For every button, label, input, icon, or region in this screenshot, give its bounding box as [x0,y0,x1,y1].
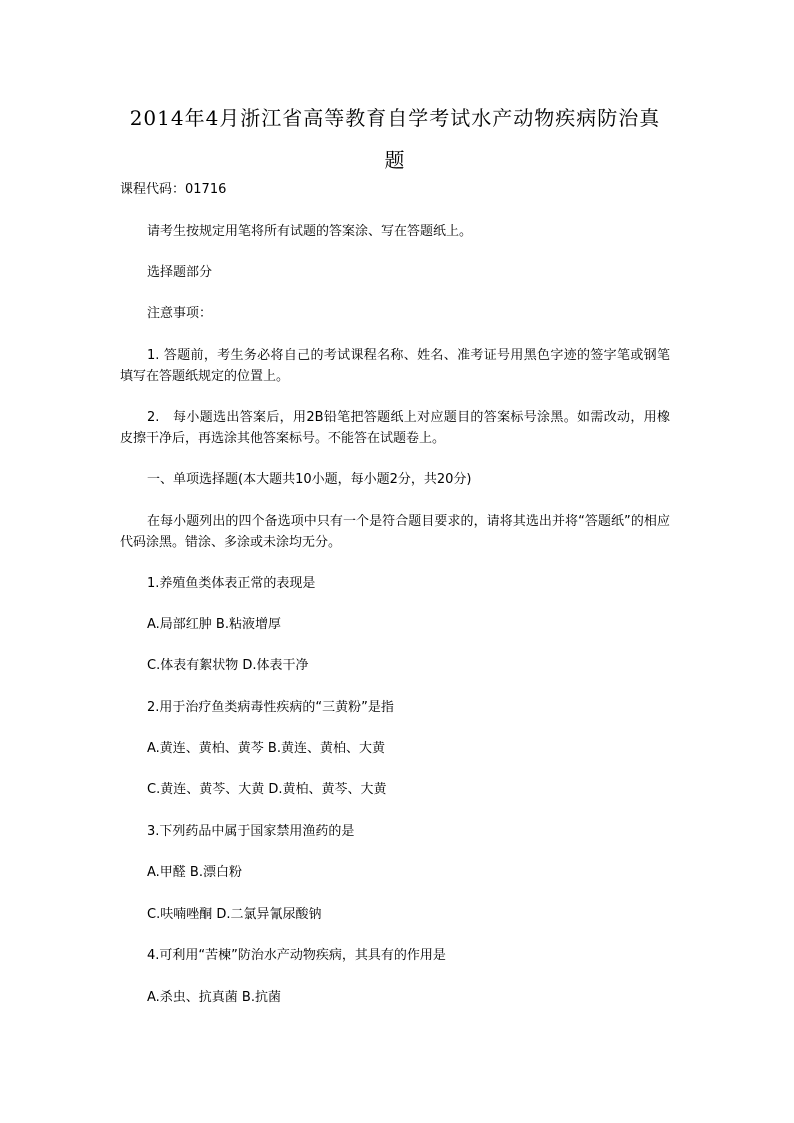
document-title-line-1: 2014年4月浙江省高等教育自学考试水产动物疾病防治真 [120,106,670,130]
question-4-options-ab: A.杀虫、抗真菌 B.抗菌 [120,988,670,1008]
section-one-instructions: 在每小题列出的四个备选项中只有一个是符合题目要求的，请将其选出并将“答题纸”的相… [120,511,670,553]
section-one-heading: 一、单项选择题(本大题共10小题，每小题2分，共20分) [120,470,670,490]
note-item-2: 2. 每小题选出答案后，用2B铅笔把答题纸上对应题目的答案标号涂黑。如需改动，用… [120,407,670,449]
answer-instruction: 请考生按规定用笔将所有试题的答案涂、写在答题纸上。 [120,222,670,242]
section-part-label: 选择题部分 [120,263,670,283]
question-2-stem: 2.用于治疗鱼类病毒性疾病的“三黄粉”是指 [120,698,670,718]
question-2-options-cd: C.黄连、黄芩、大黄 D.黄柏、黄芩、大黄 [120,780,670,800]
note-item-1: 1. 答题前，考生务必将自己的考试课程名称、姓名、准考证号用黑色字迹的签字笔或钢… [120,345,670,387]
course-code: 课程代码：01716 [120,180,670,200]
document-title-line-2: 题 [120,148,670,172]
question-3-options-cd: C.呋喃唑酮 D.二氯异氰尿酸钠 [120,905,670,925]
question-4-stem: 4.可利用“苦楝”防治水产动物疾病，其具有的作用是 [120,946,670,966]
question-3-stem: 3.下列药品中属于国家禁用渔药的是 [120,822,670,842]
question-1-options-ab: A.局部红肿 B.粘液增厚 [120,615,670,635]
question-3-options-ab: A.甲醛 B.漂白粉 [120,863,670,883]
question-1-stem: 1.养殖鱼类体表正常的表现是 [120,574,670,594]
notes-heading: 注意事项： [120,304,670,324]
question-2-options-ab: A.黄连、黄柏、黄芩 B.黄连、黄柏、大黄 [120,739,670,759]
question-1-options-cd: C.体表有絮状物 D.体表干净 [120,656,670,676]
